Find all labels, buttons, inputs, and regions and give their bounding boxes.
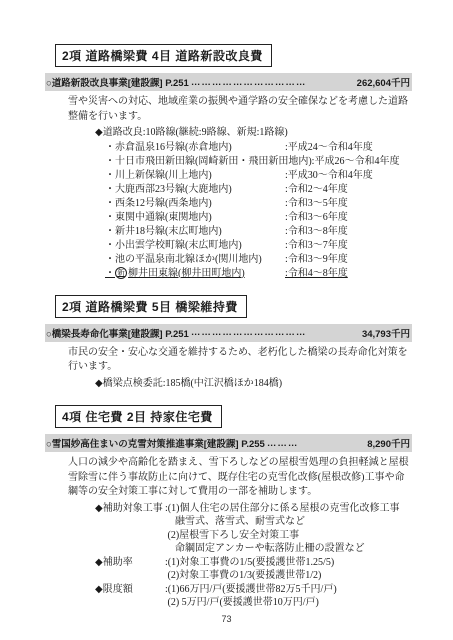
dot-leader: ……… bbox=[267, 438, 365, 449]
section-owned-housing: 4項 住宅費 2目 持家住宅費 ○雪国妙高住まいの克雪対策推進事業[建設課] P… bbox=[45, 405, 412, 610]
detail-group-subsidy-rate: ◆補助率 :(1)対象工事費の1/5(要援護世帯1.25/5) (2)対象工事費… bbox=[95, 556, 412, 583]
detail-label: ◆補助率 bbox=[95, 556, 165, 570]
road-row: ・赤倉温泉16号線(赤倉地内) :平成24〜令和4年度 bbox=[105, 141, 412, 155]
detail-lines: :(1)対象工事費の1/5(要援護世帯1.25/5) (2)対象工事費の1/3(… bbox=[165, 556, 334, 583]
budget-document-page: 2項 道路橋梁費 4目 道路新設改良費 ○道路新設改良事業[建設課] P.251… bbox=[0, 0, 453, 640]
road-row: ・大鹿西部23号線(大鹿地内) :令和2〜4年度 bbox=[105, 183, 412, 197]
detail-line: 命綱固定アンカーや転落防止柵の設置など bbox=[165, 542, 399, 556]
summary-bullet: ◆道路改良:10路線(継続:9路線、新規:1路線) bbox=[95, 126, 412, 141]
detail-label: ◆限度額 bbox=[95, 583, 165, 597]
road-period: :平成24〜令和4年度 bbox=[285, 141, 373, 155]
road-period: :令和3〜7年度 bbox=[285, 239, 348, 253]
detail-lines: :(1)個人住宅の居住部分に係る屋根の克雪化改修工事 融雪式、落雪式、耐雪式など… bbox=[165, 502, 399, 556]
road-row: ・池の平温泉南北線ほか(関川地内) :令和3〜9年度 bbox=[105, 253, 412, 267]
road-name: ・小出雲学校町線(末広町地内) bbox=[105, 239, 285, 253]
road-period: :令和3〜8年度 bbox=[285, 225, 348, 239]
project-summary-line: ○雪国妙高住まいの克雪対策推進事業[建設課] P.255 ……… 8,290千円 bbox=[45, 434, 412, 452]
section-heading-box: 2項 道路橋梁費 4目 道路新設改良費 bbox=[55, 44, 272, 67]
road-period: :令和3〜5年度 bbox=[285, 197, 348, 211]
detail-group-limit-amount: ◆限度額 :(1)66万円/戸(要援護世帯82万5千円/戸) (2) 5万円/戸… bbox=[95, 583, 412, 610]
project-description: 人口の減少や高齢化を踏まえ、雪下ろしなどの屋根雪処理の負担軽減と屋根雪除雪に伴う… bbox=[68, 456, 412, 500]
project-title: ○雪国妙高住まいの克雪対策推進事業[建設課] P.255 bbox=[46, 436, 265, 450]
dot-leader: …………………………… bbox=[191, 77, 355, 88]
road-period: :令和2〜4年度 bbox=[285, 183, 348, 197]
project-amount: 8,290千円 bbox=[367, 436, 410, 450]
section-road-improvement: 2項 道路橋梁費 4目 道路新設改良費 ○道路新設改良事業[建設課] P.251… bbox=[45, 44, 412, 281]
road-name: ・東関中通線(東関地内) bbox=[105, 211, 285, 225]
project-description: 雪や災害への対応、地域産業の振興や通学路の安全確保などを考慮した道路整備を行いま… bbox=[68, 95, 412, 124]
road-name: ・新井18号線(末広町地内) bbox=[105, 225, 285, 239]
detail-label: ◆補助対象工事 bbox=[95, 502, 165, 516]
road-period: :令和3〜9年度 bbox=[285, 253, 348, 267]
road-row: ・新井18号線(末広町地内) :令和3〜8年度 bbox=[105, 225, 412, 239]
road-name: ・大鹿西部23号線(大鹿地内) bbox=[105, 183, 285, 197]
detail-line: :(1)個人住宅の居住部分に係る屋根の克雪化改修工事 bbox=[165, 502, 399, 516]
detail-line: 融雪式、落雪式、耐雪式など bbox=[165, 515, 399, 529]
road-period: :平成26〜令和4年度 bbox=[312, 155, 400, 169]
road-name-text: 柳井田東線(柳井田町地内) bbox=[128, 268, 245, 279]
road-name: ・西条12号線(西条地内) bbox=[105, 197, 285, 211]
page-number: 73 bbox=[0, 614, 453, 624]
road-row: ・東関中通線(東関地内) :令和3〜6年度 bbox=[105, 211, 412, 225]
road-row: ・西条12号線(西条地内) :令和3〜5年度 bbox=[105, 197, 412, 211]
road-period: :平成30〜令和4年度 bbox=[285, 169, 373, 183]
section-heading-box: 2項 道路橋梁費 5目 橋梁維持費 bbox=[55, 295, 247, 318]
circled-new-icon: 新 bbox=[115, 267, 127, 279]
summary-bullet: ◆橋梁点検委託:185橋(中江沢橋ほか184橋) bbox=[95, 377, 412, 392]
road-name: ・池の平温泉南北線ほか(関川地内) bbox=[105, 253, 285, 267]
road-period: :令和3〜6年度 bbox=[285, 211, 348, 225]
project-title: ○橋梁長寿命化事業[建設課] P.251 bbox=[46, 326, 189, 340]
road-row-new: ・新柳井田東線(柳井田町地内) :令和4〜8年度 bbox=[105, 267, 412, 281]
project-description: 市民の安全・安心な交通を維持するため、老朽化した橋梁の長寿命化対策を行います。 bbox=[68, 346, 412, 375]
detail-group-target-works: ◆補助対象工事 :(1)個人住宅の居住部分に係る屋根の克雪化改修工事 融雪式、落… bbox=[95, 502, 412, 556]
section-bridge-maintenance: 2項 道路橋梁費 5目 橋梁維持費 ○橋梁長寿命化事業[建設課] P.251 …… bbox=[45, 295, 412, 392]
road-name: ・新柳井田東線(柳井田町地内) bbox=[105, 267, 285, 281]
dot-leader: …………………………… bbox=[191, 327, 360, 338]
road-row: ・十日市飛田新田線(岡崎新田・飛田新田地内) :平成26〜令和4年度 bbox=[105, 155, 412, 169]
road-name: ・十日市飛田新田線(岡崎新田・飛田新田地内) bbox=[105, 155, 312, 169]
detail-line: (2)屋根雪下ろし安全対策工事 bbox=[165, 529, 399, 543]
project-summary-line: ○道路新設改良事業[建設課] P.251 …………………………… 262,604… bbox=[45, 73, 412, 91]
detail-line: (2) 5万円/戸(要援護世帯10万円/戸) bbox=[165, 596, 337, 610]
project-summary-line: ○橋梁長寿命化事業[建設課] P.251 …………………………… 34,793千… bbox=[45, 324, 412, 342]
road-row: ・小出雲学校町線(末広町地内) :令和3〜7年度 bbox=[105, 239, 412, 253]
project-amount: 34,793千円 bbox=[362, 326, 410, 340]
road-row: ・川上新保線(川上地内) :平成30〜令和4年度 bbox=[105, 169, 412, 183]
section-heading-box: 4項 住宅費 2目 持家住宅費 bbox=[55, 405, 222, 428]
road-bullet: ・ bbox=[105, 268, 115, 279]
road-list: ・赤倉温泉16号線(赤倉地内) :平成24〜令和4年度 ・十日市飛田新田線(岡崎… bbox=[105, 141, 412, 281]
detail-line: :(1)66万円/戸(要援護世帯82万5千円/戸) bbox=[165, 583, 337, 597]
project-amount: 262,604千円 bbox=[357, 75, 410, 89]
road-name: ・赤倉温泉16号線(赤倉地内) bbox=[105, 141, 285, 155]
road-name: ・川上新保線(川上地内) bbox=[105, 169, 285, 183]
detail-line: :(1)対象工事費の1/5(要援護世帯1.25/5) bbox=[165, 556, 334, 570]
road-period: :令和4〜8年度 bbox=[285, 267, 348, 281]
project-title: ○道路新設改良事業[建設課] P.251 bbox=[46, 75, 189, 89]
detail-line: (2)対象工事費の1/3(要援護世帯1/2) bbox=[165, 569, 334, 583]
detail-lines: :(1)66万円/戸(要援護世帯82万5千円/戸) (2) 5万円/戸(要援護世… bbox=[165, 583, 337, 610]
